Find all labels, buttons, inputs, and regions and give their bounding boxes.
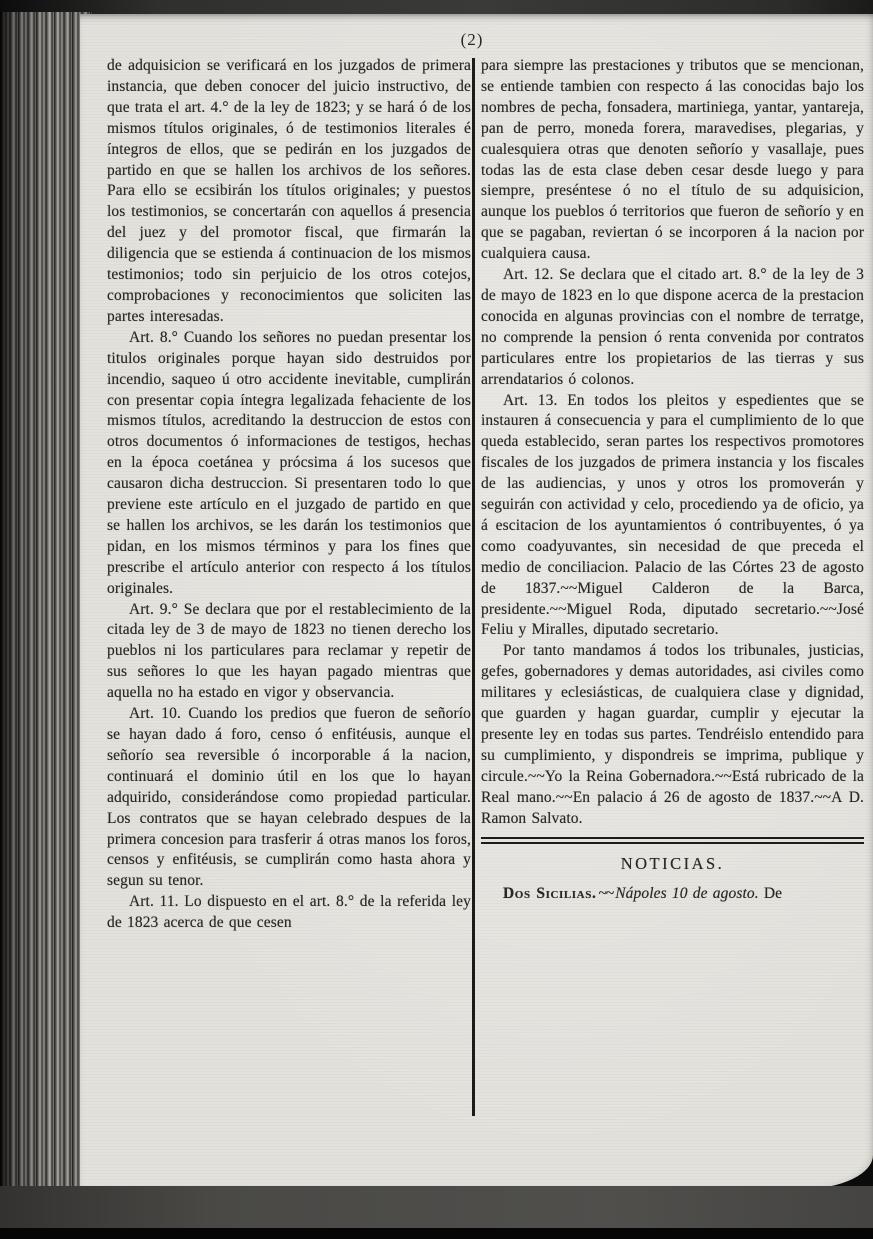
paragraph-continuation-right: para siempre las prestaciones y tributos… <box>481 56 864 265</box>
scan-background-bottom <box>0 1228 873 1239</box>
paragraph-art-11: Art. 11. Lo dispuesto en el art. 8.° de … <box>107 892 471 934</box>
printed-page: (2) de adquisicion se verificará en los … <box>80 14 873 1189</box>
paragraph-art-13: Art. 13. En todos los pleitos y espedien… <box>481 391 864 642</box>
paragraph-art-10: Art. 10. Cuando los predios que fueron d… <box>107 704 471 892</box>
dateline-tail: De <box>764 885 782 902</box>
dateline-date: Nápoles 10 de agosto. <box>615 885 758 902</box>
page-number: (2) <box>452 30 492 50</box>
book-scan: (2) de adquisicion se verificará en los … <box>0 0 873 1239</box>
dateline-place: Dos Sicilias. <box>503 885 596 902</box>
news-dateline: Dos Sicilias.~~Nápoles 10 de agosto. De <box>481 884 864 905</box>
paragraph-art-9: Art. 9.° Se declara que por el restablec… <box>107 600 471 705</box>
paragraph-continuation: de adquisicion se verificará en los juzg… <box>107 56 471 328</box>
column-left: de adquisicion se verificará en los juzg… <box>107 56 471 934</box>
noticias-heading: NOTICIAS. <box>481 854 864 875</box>
column-right: para siempre las prestaciones y tributos… <box>481 56 864 905</box>
book-bottom-edge <box>0 1186 873 1228</box>
paragraph-art-8: Art. 8.° Cuando los señores no puedan pr… <box>107 328 471 600</box>
book-page-stack-edge <box>0 12 92 1191</box>
paragraph-royal-order: Por tanto mandamos á todos los tribunale… <box>481 641 864 829</box>
dateline-separator: ~~ <box>596 885 615 902</box>
section-divider-rule <box>481 837 864 844</box>
column-divider-rule <box>472 58 475 1116</box>
paragraph-art-12: Art. 12. Se declara que el citado art. 8… <box>481 265 864 390</box>
